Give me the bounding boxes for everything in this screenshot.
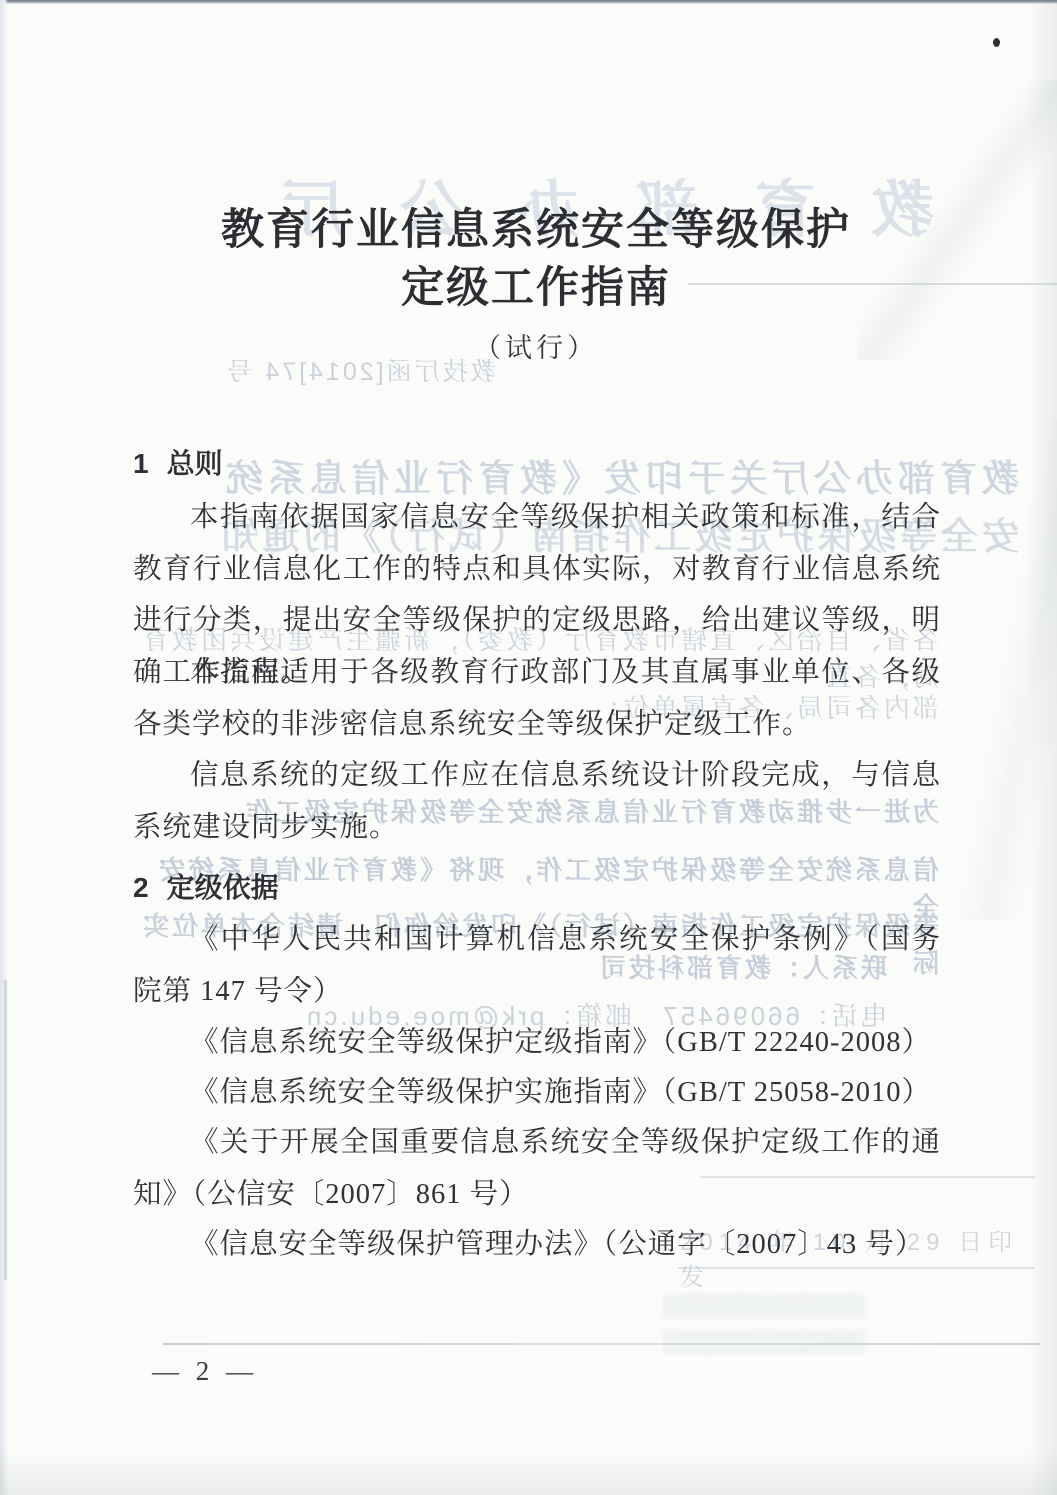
scan-speck	[993, 38, 1000, 47]
page-number: — 2 —	[152, 1356, 258, 1387]
reference-item: 《关于开展全国重要信息系统安全等级保护定级工作的通知》（公信安〔2007〕861…	[133, 1117, 941, 1220]
ghost-illegible-footer: ▒▒▒▒▒▒▒▒▒▒▒▒▒ ▒▒▒▒▒▒▒▒▒▒▒▒▒	[663, 1286, 1025, 1360]
document-title-line1: 教育行业信息系统安全等级保护	[133, 196, 939, 257]
section-1-heading: 1总则	[133, 442, 223, 482]
ghost-illegible-line: ▒▒▒▒▒▒▒▒▒▒▒▒▒	[663, 1286, 1025, 1323]
section-2-heading: 2定级依据	[133, 866, 279, 906]
section-1-number: 1	[133, 448, 149, 479]
scan-left-crease	[4, 980, 7, 1280]
document-title-line2: 定级工作指南	[133, 254, 939, 315]
reference-item: 《中华人民共和国计算机信息系统安全保护条例》（国务院第 147 号令）	[133, 914, 941, 1017]
reference-item: 《信息安全等级保护管理办法》（公通字〔2007〕43 号）	[133, 1219, 941, 1271]
ghost-illegible-line: ▒▒▒▒▒▒▒▒▒▒▒▒▒	[663, 1323, 1025, 1360]
paragraph: 信息系统的定级工作应在信息系统设计阶段完成，与信息系统建设同步实施。	[133, 750, 941, 853]
paragraph: 本指南适用于各级教育行政部门及其直属事业单位、各级各类学校的非涉密信息系统安全等…	[133, 647, 941, 750]
reference-item: 《信息系统安全等级保护实施指南》（GB/T 25058-2010）	[133, 1067, 941, 1119]
scanned-document-page: 教育部办公厅 教技厅函[2014]74 号 教育部办公厅关于印发《教育行业信息系…	[0, 0, 1057, 1495]
document-subtitle: （试行）	[133, 326, 939, 365]
scan-top-edge	[0, 0, 1057, 4]
paper-bottom-shadow	[0, 1450, 1057, 1495]
section-1-label: 总则	[167, 448, 223, 479]
section-2-label: 定级依据	[167, 872, 279, 903]
footer-crease-line	[163, 1343, 1040, 1345]
reference-item: 《信息系统安全等级保护定级指南》（GB/T 22240-2008）	[133, 1017, 941, 1069]
section-2-number: 2	[133, 872, 149, 903]
